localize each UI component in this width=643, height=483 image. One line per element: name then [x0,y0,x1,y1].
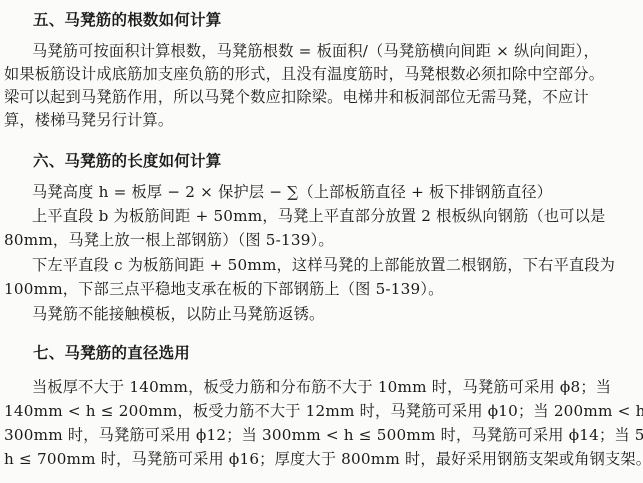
paragraph-line: 如果板筋设计成底筋加支座负筋的形式，且没有温度筋时，马凳根数必须扣除中空部分。 [4,63,643,85]
section-7-heading: 七、马凳筋的直径选用 [33,342,643,364]
paragraph-line: 下左平直段 c 为板筋间距 + 50mm，这样马凳的上部能放置二根钢筋，下右平直… [32,254,643,276]
section-6-heading: 六、马凳筋的长度如何计算 [33,150,643,172]
paragraph-line: 80mm，马凳上放一根上部钢筋）（图 5-139）。 [4,229,643,251]
paragraph-line: 当板厚不大于 140mm，板受力筋和分布筋不大于 10mm 时，马凳筋可采用 ϕ… [32,376,643,398]
paragraph-line: 梁可以起到马凳筋作用，所以马凳个数应扣除梁。电梯井和板洞部位无需马凳，不应计 [4,86,643,108]
paragraph-line: 140mm < h ≤ 200mm，板受力筋不大于 12mm 时，马凳筋可采用 … [4,400,643,422]
paragraph-line: 马凳筋可按面积计算根数，马凳筋根数 = 板面积/（马凳筋横向间距 × 纵向间距）… [32,40,643,62]
paragraph-line: h ≤ 700mm 时，马凳筋可采用 ϕ16；厚度大于 800mm 时，最好采用… [4,448,643,470]
paragraph-line: 算，楼梯马凳另行计算。 [4,109,643,131]
document-page: 五、马凳筋的根数如何计算 马凳筋可按面积计算根数，马凳筋根数 = 板面积/（马凳… [0,0,643,483]
paragraph-line: 马凳筋不能接触模板，以防止马凳筋返锈。 [32,303,643,325]
paragraph-line: 马凳高度 h = 板厚 − 2 × 保护层 − ∑（上部板筋直径 + 板下排钢筋… [32,181,643,203]
section-5-heading: 五、马凳筋的根数如何计算 [33,9,643,31]
paragraph-line: 上平直段 b 为板筋间距 + 50mm，马凳上平直部分放置 2 根板纵向钢筋（也… [32,205,643,227]
paragraph-line: 300mm 时，马凳筋可采用 ϕ12；当 300mm < h ≤ 500mm 时… [4,424,643,446]
paragraph-line: 100mm，下部三点平稳地支承在板的下部钢筋上（图 5-139）。 [4,278,643,300]
